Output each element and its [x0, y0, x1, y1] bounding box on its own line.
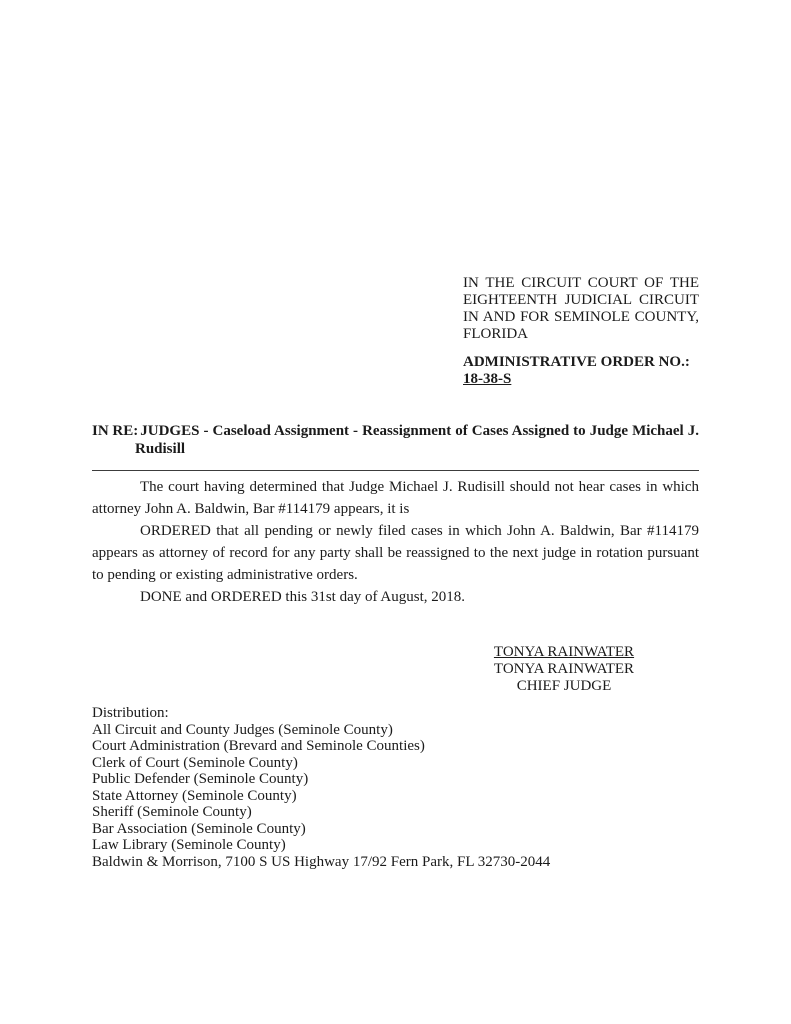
in-re-label: IN RE:: [92, 422, 138, 440]
divider-rule: [92, 470, 699, 471]
distribution-item: Court Administration (Brevard and Semino…: [92, 738, 699, 755]
distribution-item: Bar Association (Seminole County): [92, 821, 699, 838]
document-content: IN THE CIRCUIT COURT OF THE EIGHTEENTH J…: [92, 0, 699, 870]
signature-name: TONYA RAINWATER: [444, 644, 684, 661]
order-paragraph: The court having determined that Judge M…: [92, 476, 699, 520]
distribution-label: Distribution:: [92, 705, 699, 722]
court-header-line: EIGHTEENTH JUDICIAL CIRCUIT: [463, 292, 699, 309]
order-paragraph: DONE and ORDERED this 31st day of August…: [92, 586, 699, 608]
judge-title: CHIEF JUDGE: [444, 678, 684, 695]
admin-order-number: 18-38-S: [463, 371, 699, 388]
admin-order-block: ADMINISTRATIVE ORDER NO.: 18-38-S: [463, 354, 699, 388]
distribution-item: All Circuit and County Judges (Seminole …: [92, 722, 699, 739]
printed-name: TONYA RAINWATER: [444, 661, 684, 678]
distribution-list: Distribution: All Circuit and County Jud…: [92, 705, 699, 870]
court-header-line: IN THE CIRCUIT COURT OF THE: [463, 275, 699, 292]
admin-order-label: ADMINISTRATIVE ORDER NO.:: [463, 354, 699, 371]
distribution-item: Public Defender (Seminole County): [92, 771, 699, 788]
in-re-subject-line1: JUDGES - Caseload Assignment - Reassignm…: [140, 422, 699, 440]
order-body: The court having determined that Judge M…: [92, 476, 699, 608]
in-re-line1: IN RE: JUDGES - Caseload Assignment - Re…: [92, 422, 699, 440]
signature-block: TONYA RAINWATER TONYA RAINWATER CHIEF JU…: [444, 644, 684, 695]
court-header-line: IN AND FOR SEMINOLE COUNTY,: [463, 309, 699, 326]
order-paragraph: ORDERED that all pending or newly filed …: [92, 520, 699, 586]
distribution-item: Baldwin & Morrison, 7100 S US Highway 17…: [92, 854, 699, 871]
document-page: IN THE CIRCUIT COURT OF THE EIGHTEENTH J…: [0, 0, 791, 1024]
distribution-item: Law Library (Seminole County): [92, 837, 699, 854]
court-header-line: FLORIDA: [463, 326, 699, 343]
court-header: IN THE CIRCUIT COURT OF THE EIGHTEENTH J…: [463, 275, 699, 388]
distribution-item: Sheriff (Seminole County): [92, 804, 699, 821]
in-re-heading: IN RE: JUDGES - Caseload Assignment - Re…: [92, 422, 699, 458]
distribution-item: Clerk of Court (Seminole County): [92, 755, 699, 772]
in-re-subject-line2: Rudisill: [135, 440, 699, 458]
distribution-item: State Attorney (Seminole County): [92, 788, 699, 805]
